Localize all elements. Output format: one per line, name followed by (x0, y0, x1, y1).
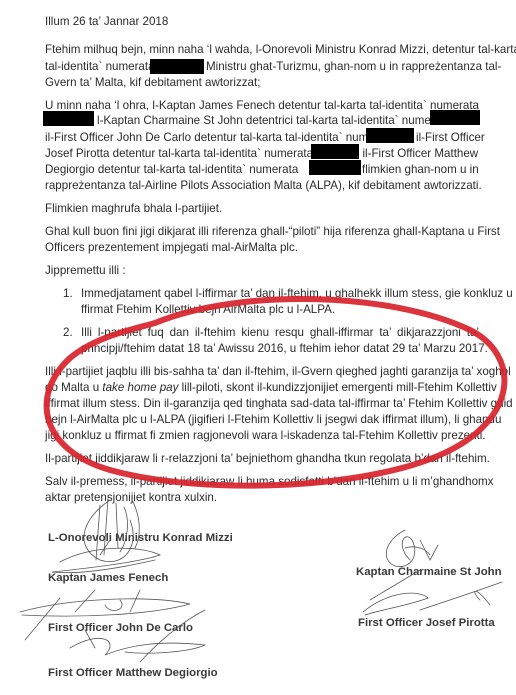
signature-icon (52, 540, 160, 573)
para2-line5a: Degiorgio detentur tal-karta tal-identit… (45, 162, 298, 178)
para2-line3b: il-First Officer (416, 130, 485, 146)
para2-line4b: , il-First Officer Matthew (356, 146, 478, 162)
signatory-name: First Officer Josef Pirotta (358, 617, 495, 629)
signatory-name: First Officer John De Carlo (48, 622, 193, 634)
para6-line2: aktar pretensjonijiet kontra xulxin. (45, 490, 217, 506)
para3: Flimkien maghrufa bhala l-partijiet. (45, 201, 222, 217)
para1-line1: Ftehim milhuq bejn, minn naha ‘l wahda, … (45, 42, 516, 58)
premise-number: 1. (63, 286, 73, 302)
premise1-line2: ffirmat Ftehim Kollettiv bejn AirMalta p… (81, 302, 335, 318)
signature-icon (70, 610, 205, 662)
clause-line3: iffirmat illum stess. Din il-garanzija q… (45, 396, 513, 412)
para2-line5b: flimkien ghan-nom u in (362, 162, 479, 178)
take-home-pay-term: take home pay (102, 381, 178, 394)
clause-line2b: lill-piloti, skont il-kundizzjonijiet em… (182, 381, 497, 394)
redaction-box (43, 111, 94, 126)
para6-line1: Salv il-premess, il-partijiet jiddikjara… (45, 474, 479, 490)
signature-icon (386, 530, 438, 567)
redaction-box (150, 59, 204, 74)
premise2-line1: Illi l-partijiet fuq dan il-ftehim kienu… (81, 325, 479, 341)
clause-line5: jigi konkluz u ffirmat fi zmien ragjonev… (45, 428, 486, 444)
signatory-name: Kaptan James Fenech (48, 572, 168, 584)
clause-line1: Illi l-partijiet jaqblu illi bis-sahha t… (45, 364, 511, 380)
para1-line2b: Ministru ghat-Turizmu, ghan-nom u in rap… (206, 59, 501, 75)
signatory-name: L-Onorevoli Ministru Konrad Mizzi (48, 532, 233, 544)
premises-heading: Jippremettu illi : (45, 263, 126, 279)
para1-line2a: tal-identita` numerata (45, 59, 155, 75)
para2-line2: l-Kaptan Charmaine St John detentrici ta… (97, 113, 451, 129)
scanned-agreement-page: Illum 26 ta’ Jannar 2018 Ftehim milhuq b… (0, 0, 516, 695)
date-line: Illum 26 ta’ Jannar 2018 (45, 14, 168, 30)
premise-number: 2. (63, 325, 73, 341)
para4-line1: Ghal kull buon fini jigi dikjarat illi r… (45, 224, 500, 240)
clause-line2a: go Malta u (45, 381, 99, 394)
signatory-name: First Officer Matthew Degiorgio (48, 667, 218, 679)
redaction-box (309, 160, 361, 175)
clause-line2: go Malta u take home pay lill-piloti, sk… (45, 380, 497, 396)
redaction-box (430, 110, 480, 125)
signatory-name: Kaptan Charmaine St John (356, 566, 502, 578)
signature-icon (84, 498, 139, 562)
premise2-line2: principji/ftehim datat 18 ta’ Awissu 201… (81, 341, 488, 357)
para1-line3: Gvern ta’ Malta, kif debitament awtorizz… (45, 75, 260, 91)
para5: Il-partijiet jiddikjaraw li r-relazzjoni… (45, 451, 490, 467)
para2-line6: rappreżentanza tal-Airline Pilots Associ… (45, 178, 482, 194)
redaction-box (311, 144, 359, 159)
para2-line1: U minn naha ‘l ohra, l-Kaptan James Fene… (45, 98, 479, 114)
premise1-line1: Immedjatament qabel l-iffirmar ta’ dan i… (81, 286, 513, 302)
para4-line2: Officers prezentement impjegati mal-AirM… (45, 240, 298, 256)
redaction-box (366, 128, 414, 143)
clause-line4: bejn l-AirMalta plc u l-ALPA (jigifieri … (45, 412, 501, 428)
para2-line4a: Josef Pirotta detentur tal-karta tal-ide… (45, 146, 313, 162)
